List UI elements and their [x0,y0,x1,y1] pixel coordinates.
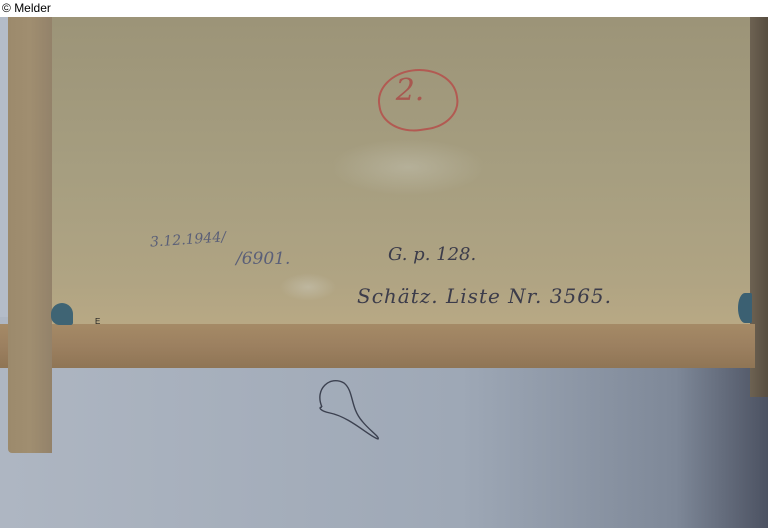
blue-stain-right [738,293,752,323]
author-credit: Melder [14,1,51,15]
document-photo: 2. 3.12.1944/ /6901. G. p. 128. Schätz. … [0,17,768,528]
pencil-scribble-icon [310,377,390,447]
copyright-icon: © [2,1,11,15]
inventory-inscription: /6901. [236,249,290,269]
tape-strip-horizontal [0,324,755,368]
tape-strip-vertical [8,17,52,453]
catalog-inscription: G. p. 128. [388,244,476,265]
red-number-mark: 2. [390,73,430,108]
paper-sheet [8,17,753,329]
caption-bar: © Melder [0,0,768,17]
blue-stain-left [51,303,73,325]
list-inscription: Schätz. Liste Nr. 3565. [357,284,612,308]
small-mark: E [95,317,100,326]
